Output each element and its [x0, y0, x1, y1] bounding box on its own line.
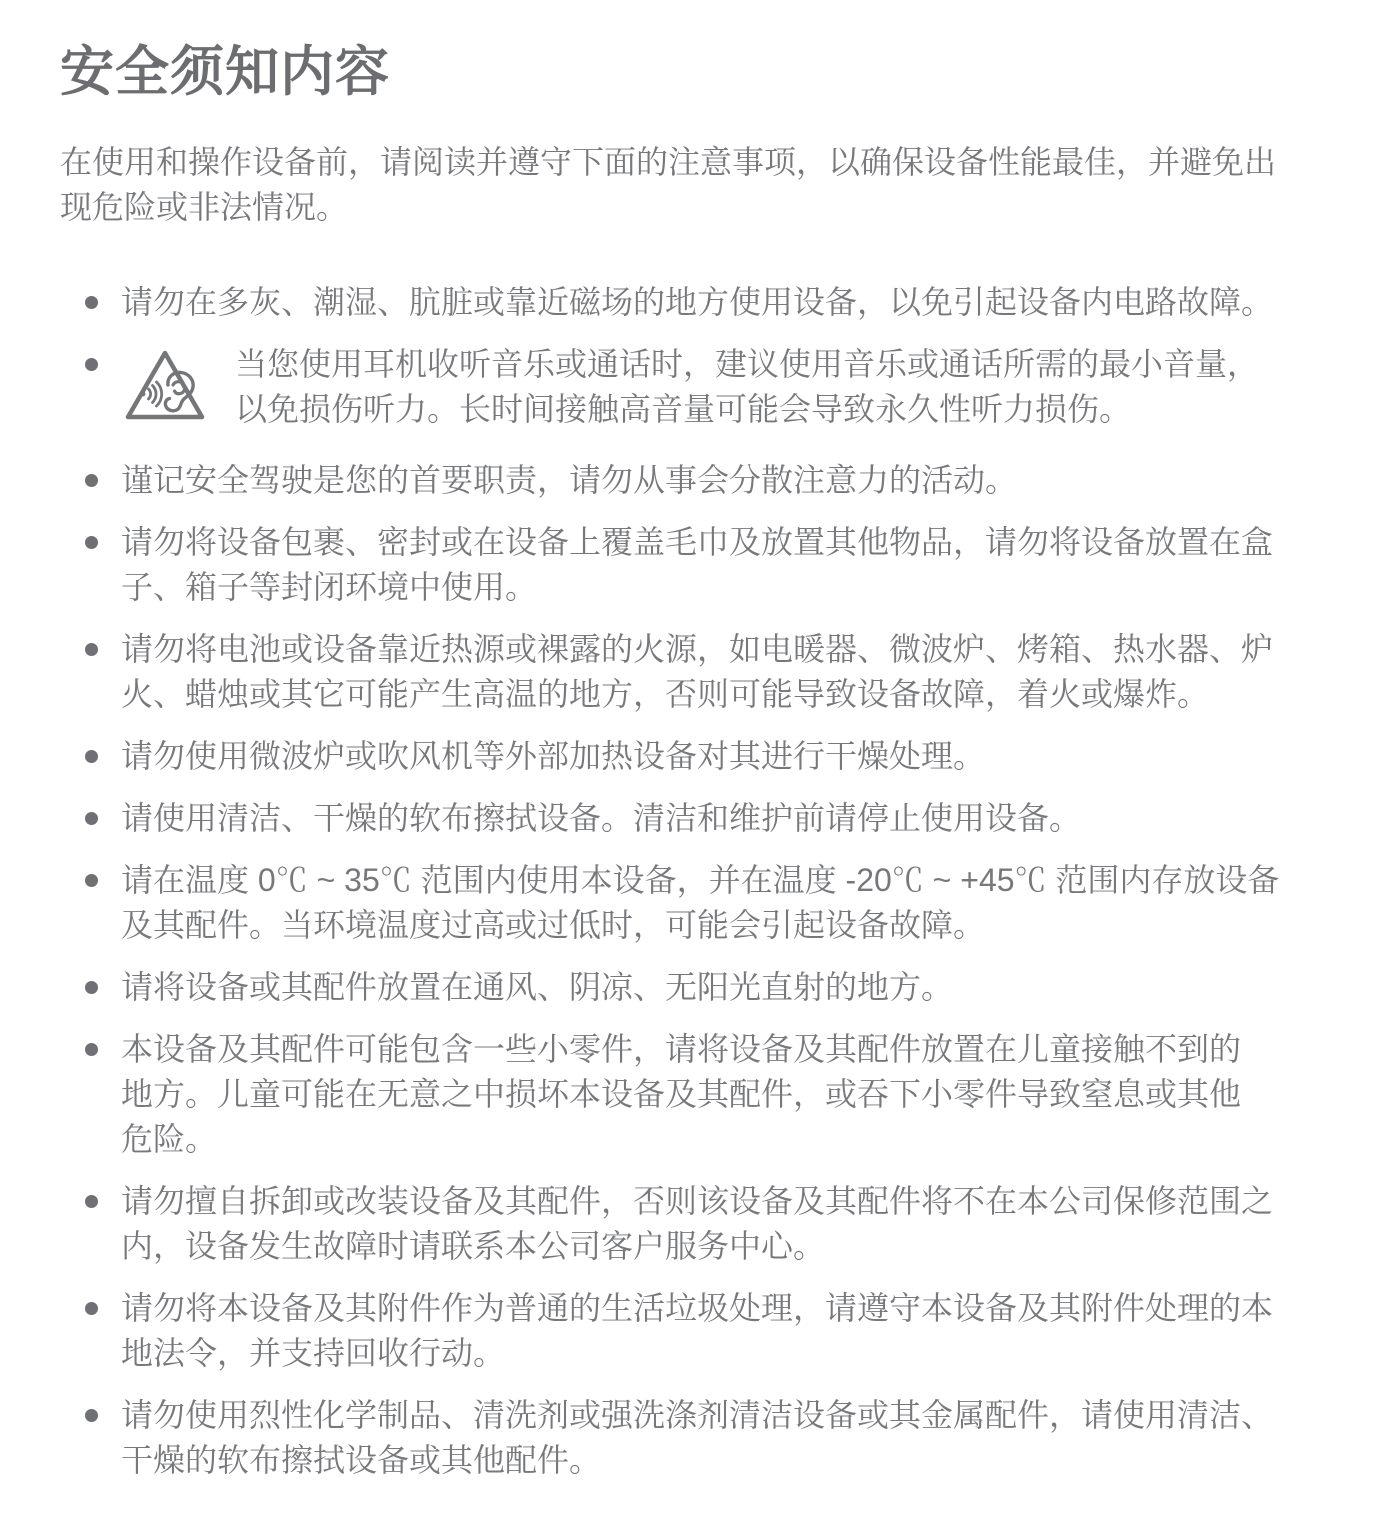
list-item: 请勿将本设备及其附件作为普通的生活垃圾处理，请遵守本设备及其附件处理的本 地法令…	[60, 1286, 1338, 1376]
bullet-dot-icon	[85, 812, 98, 825]
intro-paragraph: 在使用和操作设备前，请阅读并遵守下面的注意事项，以确保设备性能最佳，并避免出 现…	[60, 140, 1310, 230]
bullet-dot-icon	[85, 1195, 98, 1208]
list-item: 谨记安全驾驶是您的首要职责，请勿从事会分散注意力的活动。	[60, 458, 1338, 503]
list-item-text: 请在温度 0℃ ~ 35℃ 范围内使用本设备，并在温度 -20℃ ~ +45℃ …	[121, 858, 1338, 948]
list-item-text: 请勿使用烈性化学制品、清洗剂或强洗涤剂清洁设备或其金属配件，请使用清洁、 干燥的…	[121, 1393, 1338, 1483]
safety-bullet-list: 请勿在多灰、潮湿、肮脏或靠近磁场的地方使用设备，以免引起设备内电路故障。 当您使…	[60, 280, 1338, 1483]
list-item: 请勿在多灰、潮湿、肮脏或靠近磁场的地方使用设备，以免引起设备内电路故障。	[60, 280, 1338, 325]
list-item: 请将设备或其配件放置在通风、阴凉、无阳光直射的地方。	[60, 965, 1338, 1010]
sound-wave-arc-1	[149, 389, 151, 399]
bullet-dot-icon	[85, 981, 98, 994]
bullet-dot-icon	[85, 1302, 98, 1315]
bullet-dot-icon	[85, 474, 98, 487]
bullet-dot-icon	[85, 358, 98, 371]
list-item-text: 请使用清洁、干燥的软布擦拭设备。清洁和维护前请停止使用设备。	[121, 796, 1338, 841]
page-title: 安全须知内容	[60, 40, 1338, 106]
bullet-dot-icon	[85, 874, 98, 887]
list-item: 请勿将电池或设备靠近热源或裸露的火源，如电暖器、微波炉、烤箱、热水器、炉 火、蜡…	[60, 627, 1338, 717]
sound-wave-arc-2	[153, 385, 157, 402]
list-item-text: 请勿擅自拆卸或改装设备及其配件，否则该设备及其配件将不在本公司保修范围之 内，设…	[121, 1179, 1338, 1269]
sound-wave-dot	[141, 391, 146, 396]
list-item: 当您使用耳机收听音乐或通话时，建议使用音乐或通话所需的最小音量， 以免损伤听力。…	[60, 342, 1338, 434]
list-item: 请在温度 0℃ ~ 35℃ 范围内使用本设备，并在温度 -20℃ ~ +45℃ …	[60, 858, 1338, 948]
list-item-text: 谨记安全驾驶是您的首要职责，请勿从事会分散注意力的活动。	[121, 458, 1338, 503]
list-item-text: 请勿将设备包裹、密封或在设备上覆盖毛巾及放置其他物品，请勿将设备放置在盒 子、箱…	[121, 520, 1338, 610]
bullet-dot-icon	[85, 1409, 98, 1422]
list-item-text: 请勿在多灰、潮湿、肮脏或靠近磁场的地方使用设备，以免引起设备内电路故障。	[121, 280, 1338, 325]
bullet-dot-icon	[85, 643, 98, 656]
list-item-text: 本设备及其配件可能包含一些小零件，请将设备及其配件放置在儿童接触不到的 地方。儿…	[121, 1027, 1338, 1162]
bullet-dot-icon	[85, 750, 98, 763]
list-item-text: 当您使用耳机收听音乐或通话时，建议使用音乐或通话所需的最小音量， 以免损伤听力。…	[235, 342, 1338, 432]
list-item: 请使用清洁、干燥的软布擦拭设备。清洁和维护前请停止使用设备。	[60, 796, 1338, 841]
list-item: 请勿将设备包裹、密封或在设备上覆盖毛巾及放置其他物品，请勿将设备放置在盒 子、箱…	[60, 520, 1338, 610]
list-item: 请勿使用烈性化学制品、清洗剂或强洗涤剂清洁设备或其金属配件，请使用清洁、 干燥的…	[60, 1393, 1338, 1483]
list-item-text: 请勿使用微波炉或吹风机等外部加热设备对其进行干燥处理。	[121, 734, 1338, 779]
safety-notice-page: 安全须知内容 在使用和操作设备前，请阅读并遵守下面的注意事项，以确保设备性能最佳…	[0, 0, 1400, 1540]
hearing-warning-svg	[121, 346, 209, 422]
list-item: 本设备及其配件可能包含一些小零件，请将设备及其配件放置在儿童接触不到的 地方。儿…	[60, 1027, 1338, 1162]
bullet-dot-icon	[85, 536, 98, 549]
hearing-damage-warning-icon	[121, 346, 209, 434]
list-item: 请勿擅自拆卸或改装设备及其配件，否则该设备及其配件将不在本公司保修范围之 内，设…	[60, 1179, 1338, 1269]
list-item-text: 请勿将本设备及其附件作为普通的生活垃圾处理，请遵守本设备及其附件处理的本 地法令…	[121, 1286, 1338, 1376]
list-item: 请勿使用微波炉或吹风机等外部加热设备对其进行干燥处理。	[60, 734, 1338, 779]
list-item-text: 请勿将电池或设备靠近热源或裸露的火源，如电暖器、微波炉、烤箱、热水器、炉 火、蜡…	[121, 627, 1338, 717]
bullet-dot-icon	[85, 1043, 98, 1056]
bullet-dot-icon	[85, 296, 98, 309]
list-item-text: 请将设备或其配件放置在通风、阴凉、无阳光直射的地方。	[121, 965, 1338, 1010]
